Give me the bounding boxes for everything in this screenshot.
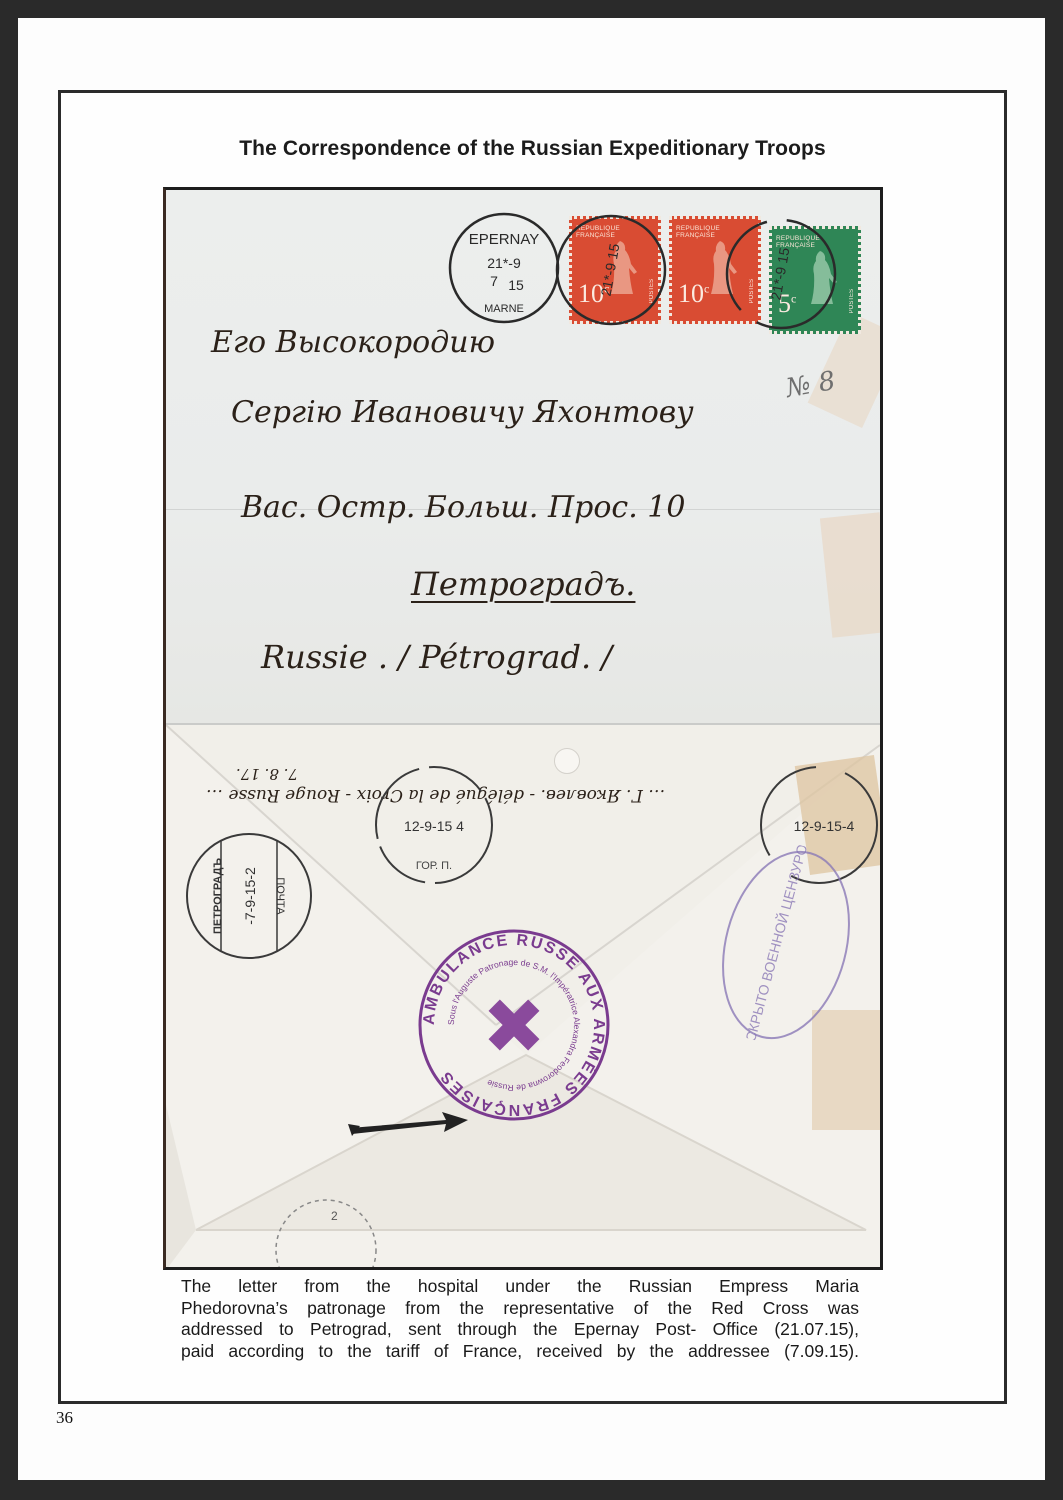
postmark-date: 12-9-15 4	[404, 818, 464, 834]
postmark-year: 15	[508, 277, 524, 293]
address-line-city: Петроградъ.	[411, 565, 635, 603]
stamp-value: 10c	[678, 279, 709, 309]
red-cross-icon	[474, 985, 553, 1064]
receiving-postmark: 12-9-15 4 ГОР. П.	[369, 763, 499, 888]
address-line-name: Сергію Ивановичу Яхонтову	[231, 395, 694, 430]
caption-line: addressed to Petrograd, sent through the…	[181, 1319, 859, 1341]
svg-text:21*-9 15: 21*-9 15	[768, 246, 793, 301]
postmark-date: 12-9-15-4	[794, 818, 855, 834]
postmark-month: 7	[490, 273, 498, 289]
stamp-cancel-postmark: 21*-9 15	[721, 214, 841, 334]
page-frame: The Correspondence of the Russian Expedi…	[58, 90, 1007, 1404]
censor-text: ВСКРЫТО ВОЕННОЙ ЦЕНЗУРОЙ	[739, 833, 813, 1053]
exhibit-caption: The letter from the hospital under the R…	[181, 1276, 859, 1362]
postmark-town: EPERNAY	[469, 231, 540, 248]
address-line-street: Вас. Остр. Больш. Прос. 10	[241, 490, 685, 525]
postmark-side: ПОЧТА	[274, 877, 286, 915]
postmark-dept: MARNE	[484, 303, 524, 315]
arrow-right-icon	[346, 1110, 471, 1140]
postmark-date: 21*-9	[487, 255, 521, 271]
hole-punch	[554, 748, 580, 774]
stamp-label: POSTES	[849, 289, 855, 313]
page-number: 36	[56, 1408, 73, 1428]
svg-text:21*-9 15: 21*-9 15	[598, 242, 623, 297]
faint-postmark: 2	[271, 1190, 381, 1270]
address-line-honorific: Его Высокородию	[211, 325, 495, 360]
sender-note-date: 7. 8. 17.	[236, 765, 298, 783]
postmark-office: ГОР. П.	[416, 860, 452, 872]
envelope-image: EPERNAY 21*-9 7 15 MARNE REPUBLIQUE FRAN…	[163, 187, 883, 1270]
postmark-town: ПЕТРОГРАДЪ	[212, 858, 224, 935]
address-line-country: Russie . / Pétrograd. /	[261, 638, 612, 676]
caption-line: Phedorovna’s patronage from the represen…	[181, 1298, 859, 1320]
epernay-postmark: EPERNAY 21*-9 7 15 MARNE	[444, 208, 564, 328]
caption-line: The letter from the hospital under the R…	[181, 1276, 859, 1298]
caption-line: paid according to the tariff of France, …	[181, 1341, 859, 1363]
stamp-cancel-postmark: 21*-9 15	[551, 210, 671, 330]
hospital-cachet: AMBULANCE RUSSE AUX ARMÉES FRANÇAISES So…	[414, 925, 614, 1125]
page-title: The Correspondence of the Russian Expedi…	[61, 137, 1004, 161]
album-page: The Correspondence of the Russian Expedi…	[18, 18, 1045, 1480]
postmark-date: -7-9-15-2	[242, 867, 258, 925]
svg-text:2: 2	[331, 1209, 338, 1223]
petrograd-postmark: -7-9-15-2 ПЕТРОГРАДЪ ПОЧТА	[181, 830, 321, 965]
